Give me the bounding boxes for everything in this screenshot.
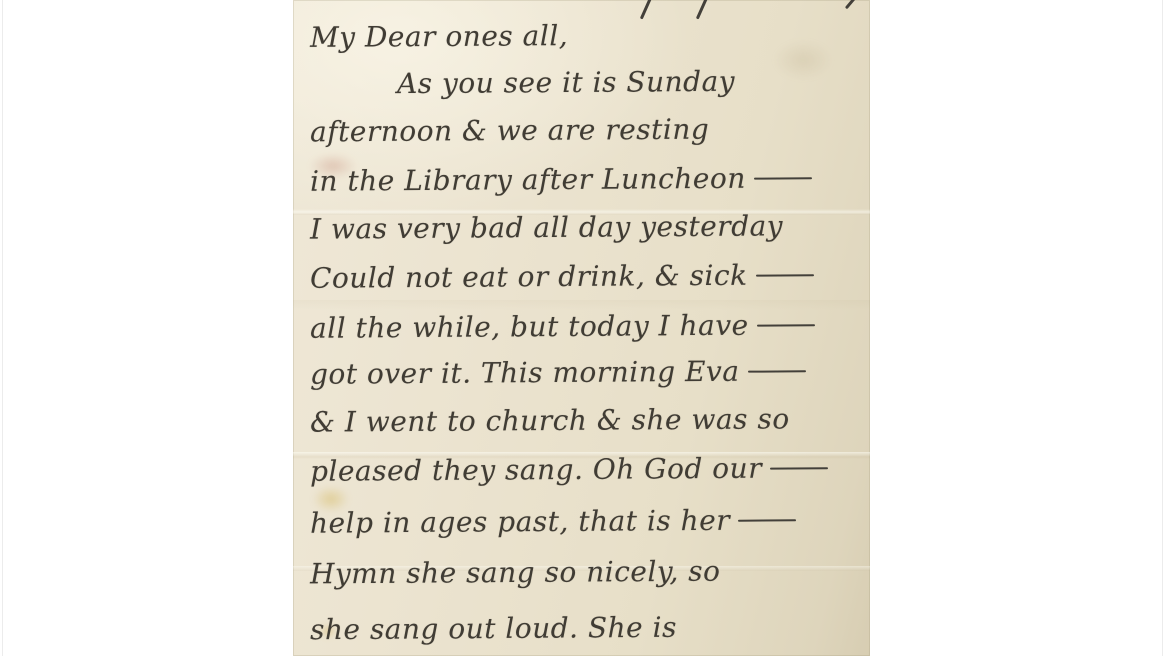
letter-text: My Dear ones all, As you see it is Sunda… xyxy=(293,0,870,656)
letter-line: Could not eat or drink, & sick xyxy=(310,258,814,295)
letter-line: help in ages past, that is her xyxy=(310,503,796,539)
right-border-line xyxy=(1162,0,1163,656)
letter-line: afternoon & we are resting xyxy=(310,113,709,149)
letter-line: & I went to church & she was so xyxy=(310,402,790,438)
left-border-line xyxy=(2,0,3,656)
letter-line: all the while, but today I have xyxy=(310,308,815,345)
letter-line: As you see it is Sunday xyxy=(397,65,735,100)
letter-line: got over it. This morning Eva xyxy=(310,354,806,390)
image-viewer-canvas: My Dear ones all, As you see it is Sunda… xyxy=(0,0,1168,656)
letter-line: Hymn she sang so nicely, so xyxy=(310,555,721,591)
letter-line: I was very bad all day yesterday xyxy=(310,209,783,245)
letter-page: My Dear ones all, As you see it is Sunda… xyxy=(293,0,870,656)
letter-line: pleased they sang. Oh God our xyxy=(310,451,828,488)
letter-line: My Dear ones all, xyxy=(310,19,568,54)
letter-line: she sang out loud. She is xyxy=(310,611,677,647)
letter-line: in the Library after Luncheon xyxy=(310,161,812,198)
